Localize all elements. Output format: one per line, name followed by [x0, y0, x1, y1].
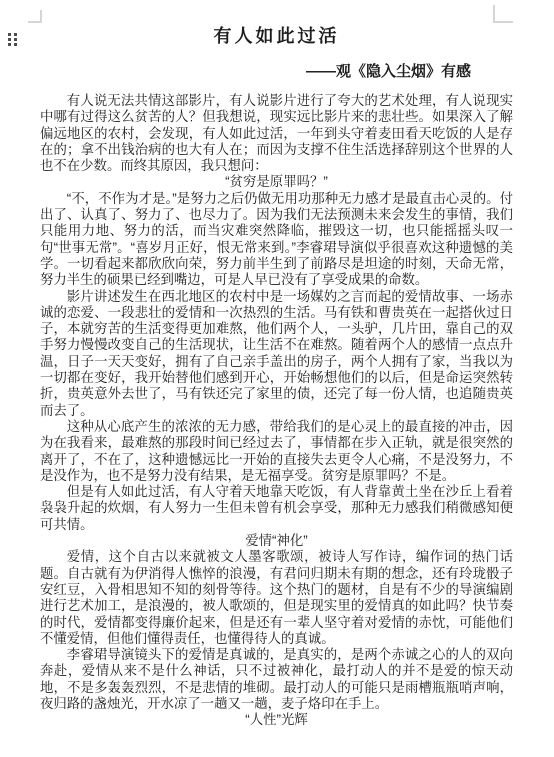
paragraph: 影片讲述发生在西北地区的农村中是一场媒妁之言而起的爱情故事、一场赤诚的恋爱、一段…: [40, 289, 513, 419]
paragraph: 李睿珺导演镜头下的爱情是真诚的，是真实的，是两个赤诚之心的人的双向奔赴，爱情从来…: [40, 647, 513, 712]
paragraph: 有人说无法共情这部影片，有人说影片进行了夸大的艺术处理，有人说现实中哪有过得这么…: [40, 93, 513, 174]
paragraph: “不，不作为才是。”是努力之后仍做无用功那种无力感才是最直击心灵的。付出了、认真…: [40, 191, 513, 289]
document-body: 有人说无法共情这部影片，有人说影片进行了夸大的艺术处理，有人说现实中哪有过得这么…: [40, 93, 513, 729]
drag-handle-icon[interactable]: [8, 33, 17, 46]
document-page: 有人如此过活 ——观《隐入尘烟》有感 有人说无法共情这部影片，有人说影片进行了夸…: [0, 0, 554, 757]
document-subtitle: ——观《隐入尘烟》有感: [40, 60, 513, 84]
paragraph: 但是有人如此过活，有人守着天地靠天吃饭，有人背靠黄土坐在沙丘上看着袅袅升起的炊烟…: [40, 484, 513, 533]
paragraph: 爱情，这个自古以来就被文人墨客歌颂，被诗人写作诗，编作词的热门话题。自古就有为伊…: [40, 549, 513, 647]
margin-crop-mark-top-left: [28, 10, 42, 23]
section-heading: 爱情“神化”: [40, 533, 513, 549]
section-heading: “贫穷是原罪吗？”: [40, 174, 513, 190]
section-heading: “人性”光辉: [40, 712, 513, 728]
margin-crop-mark-top-right: [493, 5, 513, 23]
paragraph: 这种从心底产生的浓浓的无力感，带给我们的是心灵上的最直接的冲击，因为在我看来，最…: [40, 419, 513, 484]
document-content: 有人如此过活 ——观《隐入尘烟》有感 有人说无法共情这部影片，有人说影片进行了夸…: [0, 0, 554, 729]
document-title: 有人如此过活: [40, 24, 513, 48]
